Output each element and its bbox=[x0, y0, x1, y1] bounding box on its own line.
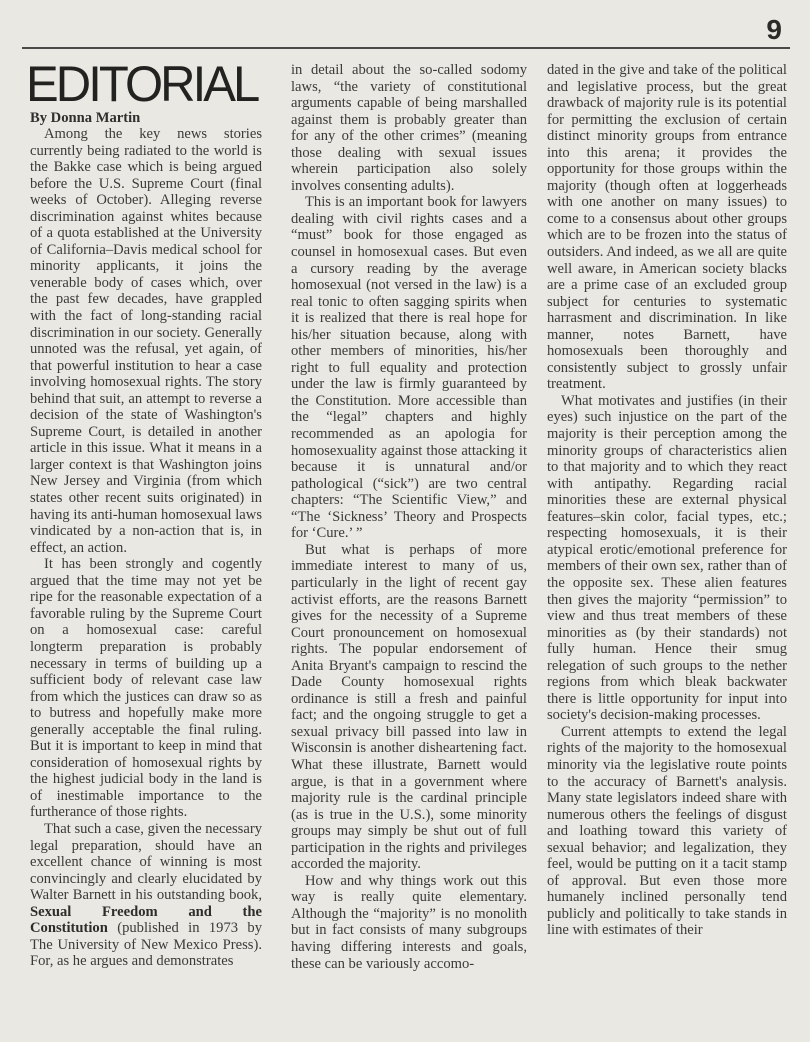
paragraph: What motivates and justifies (in their e… bbox=[547, 393, 787, 724]
paragraph: Among the key news stories currently bei… bbox=[30, 126, 262, 556]
page-number: 9 bbox=[766, 14, 782, 46]
header-rule bbox=[22, 47, 790, 49]
paragraph-text: That such a case, given the necessary le… bbox=[30, 821, 262, 903]
paragraph: That such a case, given the necessary le… bbox=[30, 821, 262, 970]
article-column-2: in detail about the so-called sodomy law… bbox=[291, 62, 527, 972]
paragraph: It has been strongly and cogently argued… bbox=[30, 556, 262, 821]
paragraph: How and why things work out this way is … bbox=[291, 873, 527, 972]
paragraph: Current attempts to extend the legal rig… bbox=[547, 724, 787, 939]
paragraph: But what is perhaps of more immediate in… bbox=[291, 542, 527, 873]
paragraph: dated in the give and take of the politi… bbox=[547, 62, 787, 393]
paragraph: in detail about the so-called sodomy law… bbox=[291, 62, 527, 194]
section-title: EDITORIAL bbox=[26, 60, 257, 108]
byline: By Donna Martin bbox=[30, 110, 262, 126]
paragraph: This is an important book for lawyers de… bbox=[291, 194, 527, 541]
article-column-3: dated in the give and take of the politi… bbox=[547, 62, 787, 939]
article-column-1: EDITORIAL By Donna Martin Among the key … bbox=[30, 60, 262, 970]
